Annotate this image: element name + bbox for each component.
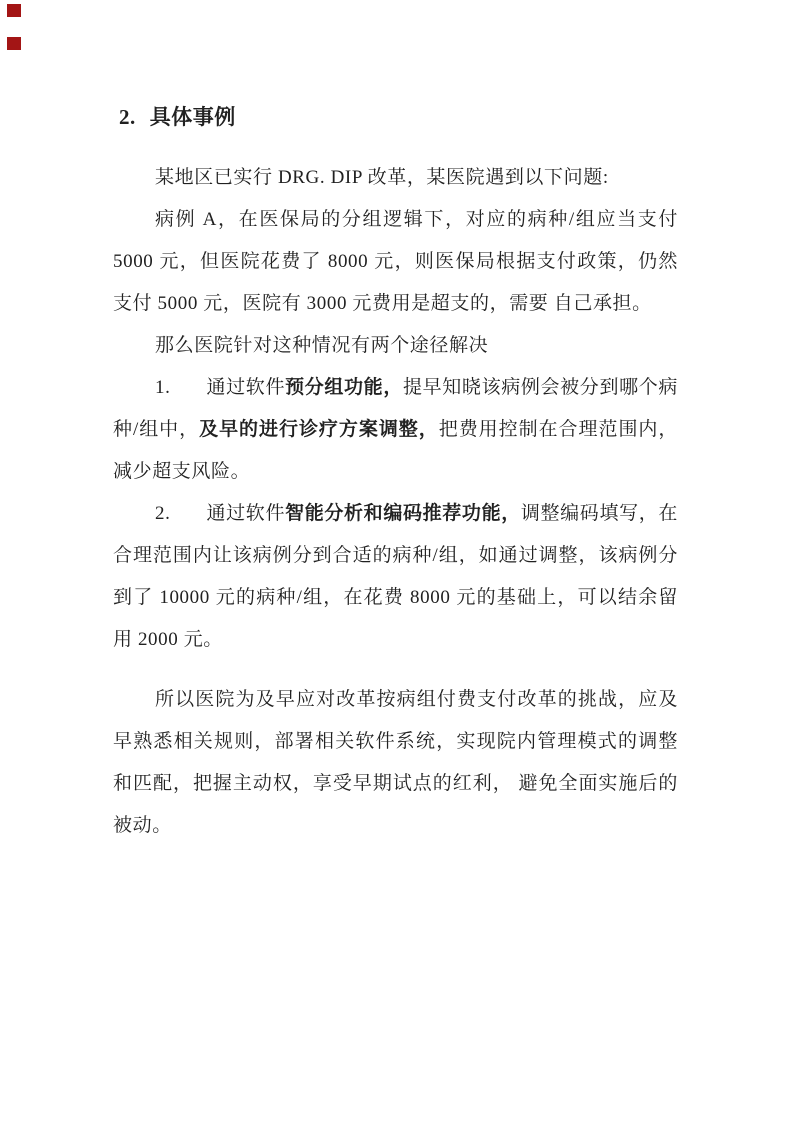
tab-gap <box>170 518 206 519</box>
paragraph-intro-text: 某地区已实行 DRG. DIP 改革，某医院遇到以下问题: <box>155 167 609 188</box>
list-item-2-run-1: 智能分析和编码推荐功能， <box>285 503 521 524</box>
paragraph-intro: 某地区已实行 DRG. DIP 改革，某医院遇到以下问题: <box>113 157 678 199</box>
paragraph-conclusion: 所以医院为及早应对改革按病组付费支付改革的挑战，应及早熟悉相关规则，部署相关软件… <box>113 679 678 847</box>
paragraph-case-text: 病例 A，在医保局的分组逻辑下，对应的病种/组应当支付 5000 元，但医院花费… <box>113 209 678 314</box>
section-heading: 2.具体事例 <box>119 103 678 131</box>
tab-gap <box>170 392 206 393</box>
paragraph-case: 病例 A，在医保局的分组逻辑下，对应的病种/组应当支付 5000 元，但医院花费… <box>113 199 678 325</box>
list-item-2: 2.通过软件智能分析和编码推荐功能，调整编码填写，在合理范围内让该病例分到合适的… <box>113 493 678 661</box>
list-item-2-run-0: 通过软件 <box>206 503 285 524</box>
list-item-1-run-1: 预分组功能， <box>285 377 403 398</box>
paragraph-conclusion-text: 所以医院为及早应对改革按病组付费支付改革的挑战，应及早熟悉相关规则，部署相关软件… <box>113 689 678 836</box>
red-marker-bottom <box>7 37 21 50</box>
list-item-1-run-3: 及早的进行诊疗方案调整， <box>199 419 439 440</box>
red-marker-top <box>7 4 21 17</box>
section-number: 2. <box>119 105 136 129</box>
list-item-1: 1.通过软件预分组功能，提早知晓该病例会被分到哪个病种/组中，及早的进行诊疗方案… <box>113 367 678 493</box>
list-item-2-run-2: 调整编码填写，在合理范围内让该病例分到合适的病种/组，如通过调整，该病例分到了 … <box>113 503 678 650</box>
list-item-1-run-0: 通过软件 <box>206 377 285 398</box>
section-title: 具体事例 <box>150 105 236 129</box>
list-item-2-marker: 2. <box>155 503 170 524</box>
document-page: 2.具体事例 某地区已实行 DRG. DIP 改革，某医院遇到以下问题: 病例 … <box>113 103 678 847</box>
paragraph-solutions-lead-text: 那么医院针对这种情况有两个途径解决 <box>155 335 488 356</box>
paragraph-solutions-lead: 那么医院针对这种情况有两个途径解决 <box>113 325 678 367</box>
list-item-1-marker: 1. <box>155 377 170 398</box>
